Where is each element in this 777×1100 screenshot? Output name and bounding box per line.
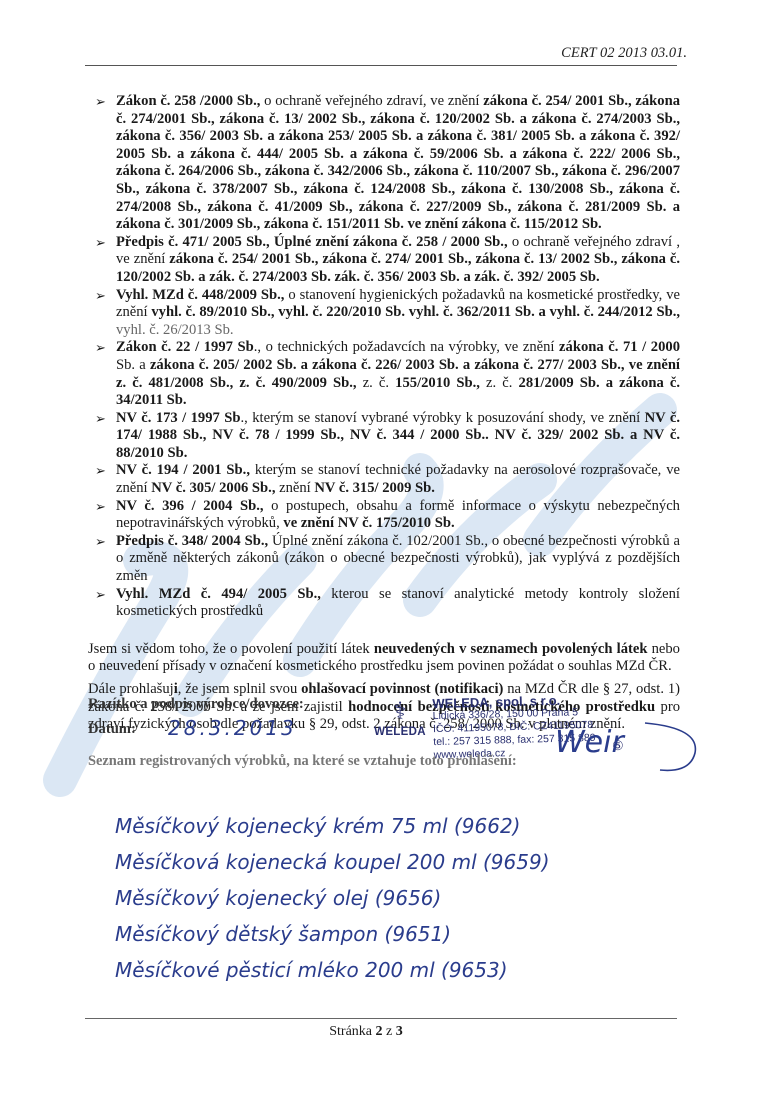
arrow-bullet-icon: ➢ [95, 287, 106, 305]
header-divider [85, 65, 677, 66]
legislation-item: ➢Zákon č. 258 /2000 Sb., o ochraně veřej… [88, 93, 680, 234]
page-number: 2 [376, 1024, 383, 1039]
legislation-item: ➢NV č. 173 / 1997 Sb., kterým se stanoví… [88, 410, 680, 463]
legislation-item: ➢Předpis č. 348/ 2004 Sb., Úplné znění z… [88, 533, 680, 586]
arrow-bullet-icon: ➢ [95, 410, 106, 428]
signature-flourish [640, 718, 710, 778]
caduceus-icon: ⚕ [365, 698, 435, 726]
arrow-bullet-icon: ➢ [95, 339, 106, 357]
date-label: Datum: [88, 721, 136, 738]
document-body: ➢Zákon č. 258 /2000 Sb., o ochraně veřej… [88, 93, 680, 734]
date-value: 28.3.2013 [168, 716, 297, 740]
product-item: Měsíčkový dětský šampon (9651) [115, 916, 550, 952]
legislation-item: ➢Vyhl. MZd č. 494/ 2005 Sb., kterou se s… [88, 586, 680, 621]
arrow-bullet-icon: ➢ [95, 462, 106, 480]
product-item: Měsíčkový kojenecký olej (9656) [115, 880, 550, 916]
arrow-bullet-icon: ➢ [95, 533, 106, 551]
product-item: Měsíčková kojenecká koupel 200 ml (9659) [115, 844, 550, 880]
legislation-list: ➢Zákon č. 258 /2000 Sb., o ochraně veřej… [88, 93, 680, 621]
registered-products-list: Měsíčkový kojenecký krém 75 ml (9662)Měs… [115, 808, 550, 988]
legislation-item: ➢Zákon č. 22 / 1997 Sb., o technických p… [88, 339, 680, 409]
page-word: Stránka [329, 1024, 372, 1039]
stamp-signature-label: Razítko a podpis výrobce/dovozce: [88, 696, 304, 713]
declaration-paragraph-1: Jsem si vědom toho, že o povolení použit… [88, 641, 680, 676]
page-total: 3 [396, 1024, 403, 1039]
page-footer: Stránka 2 z 3 [0, 1024, 777, 1040]
product-item: Měsíčkový kojenecký krém 75 ml (9662) [115, 808, 550, 844]
legislation-item: ➢NV č. 396 / 2004 Sb., o postupech, obsa… [88, 498, 680, 533]
arrow-bullet-icon: ➢ [95, 586, 106, 604]
of-word: z [386, 1024, 392, 1039]
legislation-item: ➢Předpis č. 471/ 2005 Sb., Úplné znění z… [88, 234, 680, 287]
products-list-label: Seznam registrovaných výrobků, na které … [88, 753, 517, 770]
arrow-bullet-icon: ➢ [95, 234, 106, 252]
legislation-item: ➢NV č. 194 / 2001 Sb., kterým se stanoví… [88, 462, 680, 497]
signature: Weir [555, 725, 624, 760]
product-item: Měsíčkové pěsticí mléko 200 ml (9653) [115, 952, 550, 988]
logo-text: WELEDA [365, 726, 435, 738]
document-code: CERT 02 2013 03.01. [561, 45, 687, 62]
legislation-item: ➢Vyhl. MZd č. 448/2009 Sb., o stanovení … [88, 287, 680, 340]
weleda-logo: ⚕ WELEDA [365, 698, 435, 738]
arrow-bullet-icon: ➢ [95, 93, 106, 111]
arrow-bullet-icon: ➢ [95, 498, 106, 516]
footer-divider [85, 1018, 677, 1019]
